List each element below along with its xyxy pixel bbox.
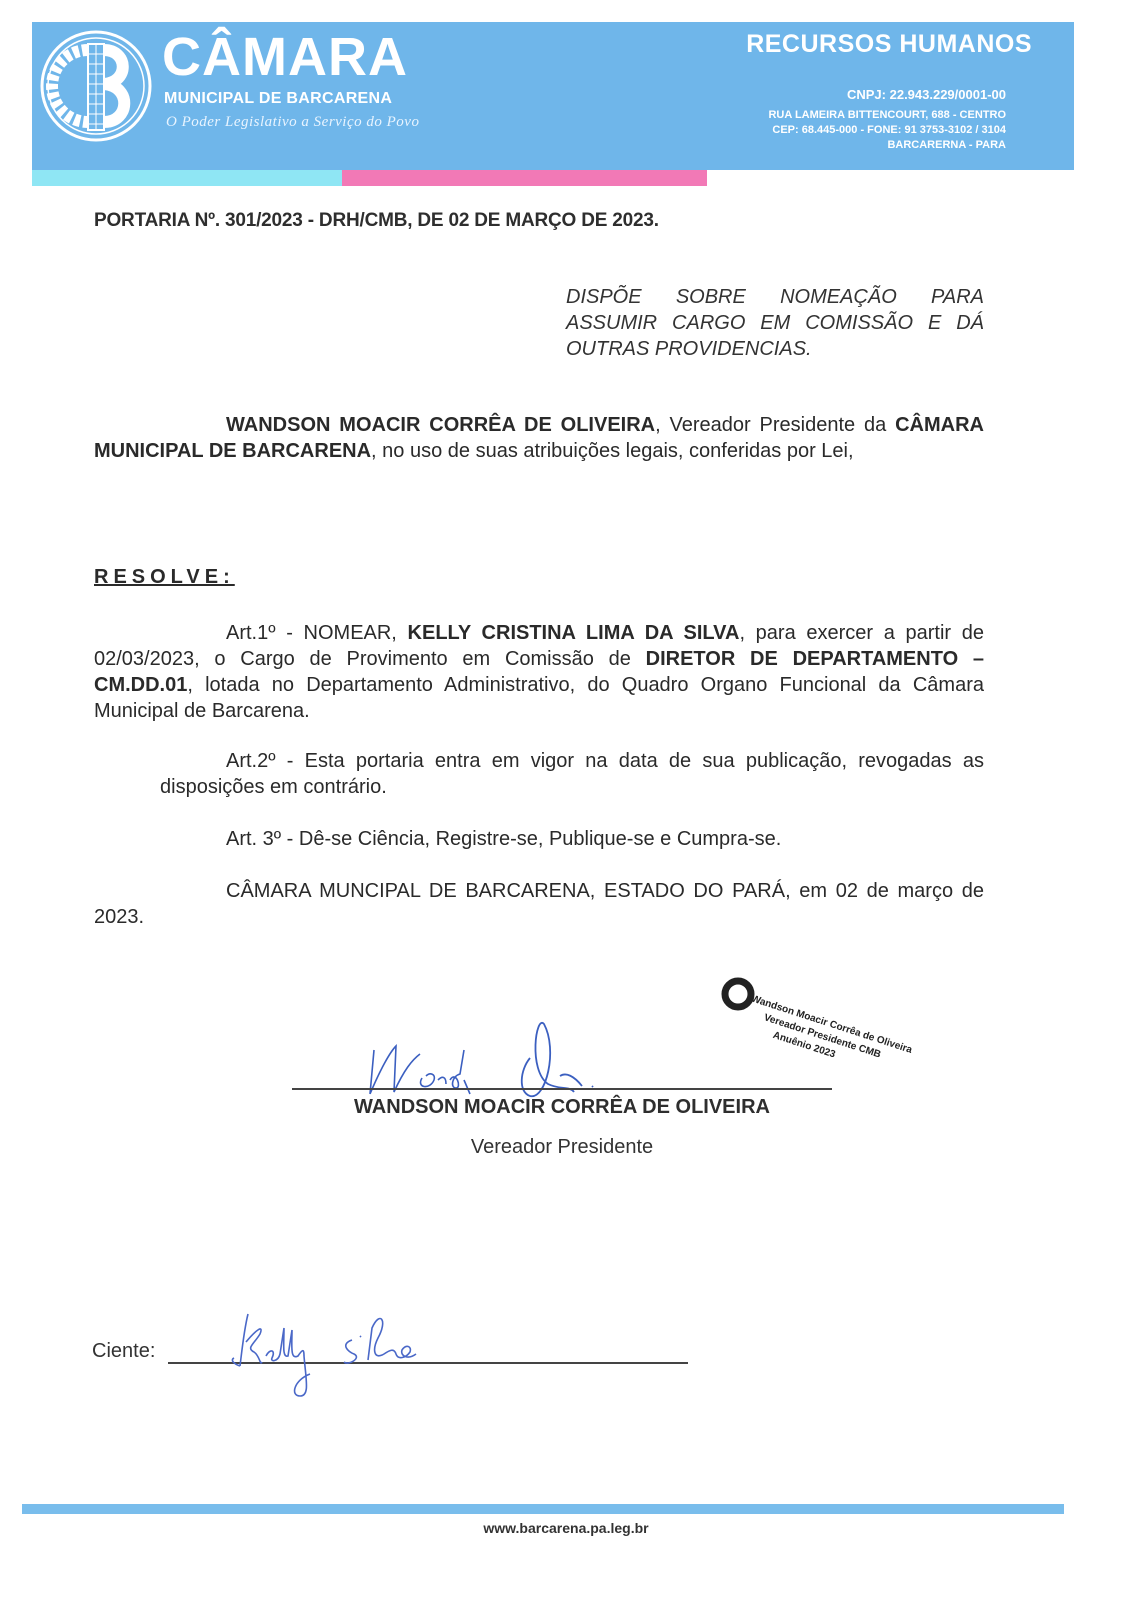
- ciente-label: Ciente:: [92, 1340, 155, 1363]
- website-link[interactable]: www.barcarena.pa.leg.br: [0, 1520, 1132, 1536]
- document-title: PORTARIA Nº. 301/2023 - DRH/CMB, DE 02 D…: [94, 210, 659, 232]
- closing-statement: CÂMARA MUNCIPAL DE BARCARENA, ESTADO DO …: [94, 878, 984, 930]
- address-line: BARCARERNA - PARA: [768, 138, 1006, 153]
- cnpj: CNPJ: 22.943.229/0001-00: [768, 86, 1006, 104]
- camara-logo-icon: [38, 28, 154, 144]
- nominee-signature-icon: [220, 1300, 470, 1400]
- ementa: DISPÕE SOBRE NOMEAÇÃO PARA ASSUMIR CARGO…: [566, 284, 984, 362]
- signature-line: [292, 1088, 832, 1090]
- brand-slogan: O Poder Legislativo a Serviço do Povo: [166, 114, 419, 131]
- article-2: Art.2º - Esta portaria entra em vigor na…: [160, 748, 984, 800]
- president-name: WANDSON MOACIR CORRÊA DE OLIVEIRA: [226, 414, 655, 436]
- intro-paragraph: WANDSON MOACIR CORRÊA DE OLIVEIRA, Verea…: [94, 412, 984, 464]
- signatory-name: WANDSON MOACIR CORRÊA DE OLIVEIRA: [292, 1096, 832, 1119]
- contact-info: CNPJ: 22.943.229/0001-00 RUA LAMEIRA BIT…: [768, 86, 1006, 153]
- address-line: RUA LAMEIRA BITTENCOURT, 688 - CENTRO: [768, 108, 1006, 123]
- decorative-band-cyan: [32, 170, 342, 186]
- nominee-name: KELLY CRISTINA LIMA DA SILVA: [408, 622, 740, 644]
- signatory-role: Vereador Presidente: [292, 1136, 832, 1159]
- article-3: Art. 3º - Dê-se Ciência, Registre-se, Pu…: [94, 826, 984, 852]
- article-1: Art.1º - NOMEAR, KELLY CRISTINA LIMA DA …: [94, 620, 984, 724]
- resolve-heading: RESOLVE:: [94, 566, 235, 589]
- footer-band: [22, 1504, 1064, 1514]
- department-title: RECURSOS HUMANOS: [746, 30, 1032, 59]
- president-signature-icon: [360, 1010, 620, 1100]
- address-line: CEP: 68.445-000 - FONE: 91 3753-3102 / 3…: [768, 123, 1006, 138]
- brand-subtitle: MUNICIPAL DE BARCARENA: [164, 90, 392, 108]
- decorative-band-pink: [342, 170, 707, 186]
- brand-title: CÂMARA: [162, 30, 408, 84]
- official-stamp-icon: Wandson Moacir Corrêa de Oliveira Veread…: [718, 976, 918, 1096]
